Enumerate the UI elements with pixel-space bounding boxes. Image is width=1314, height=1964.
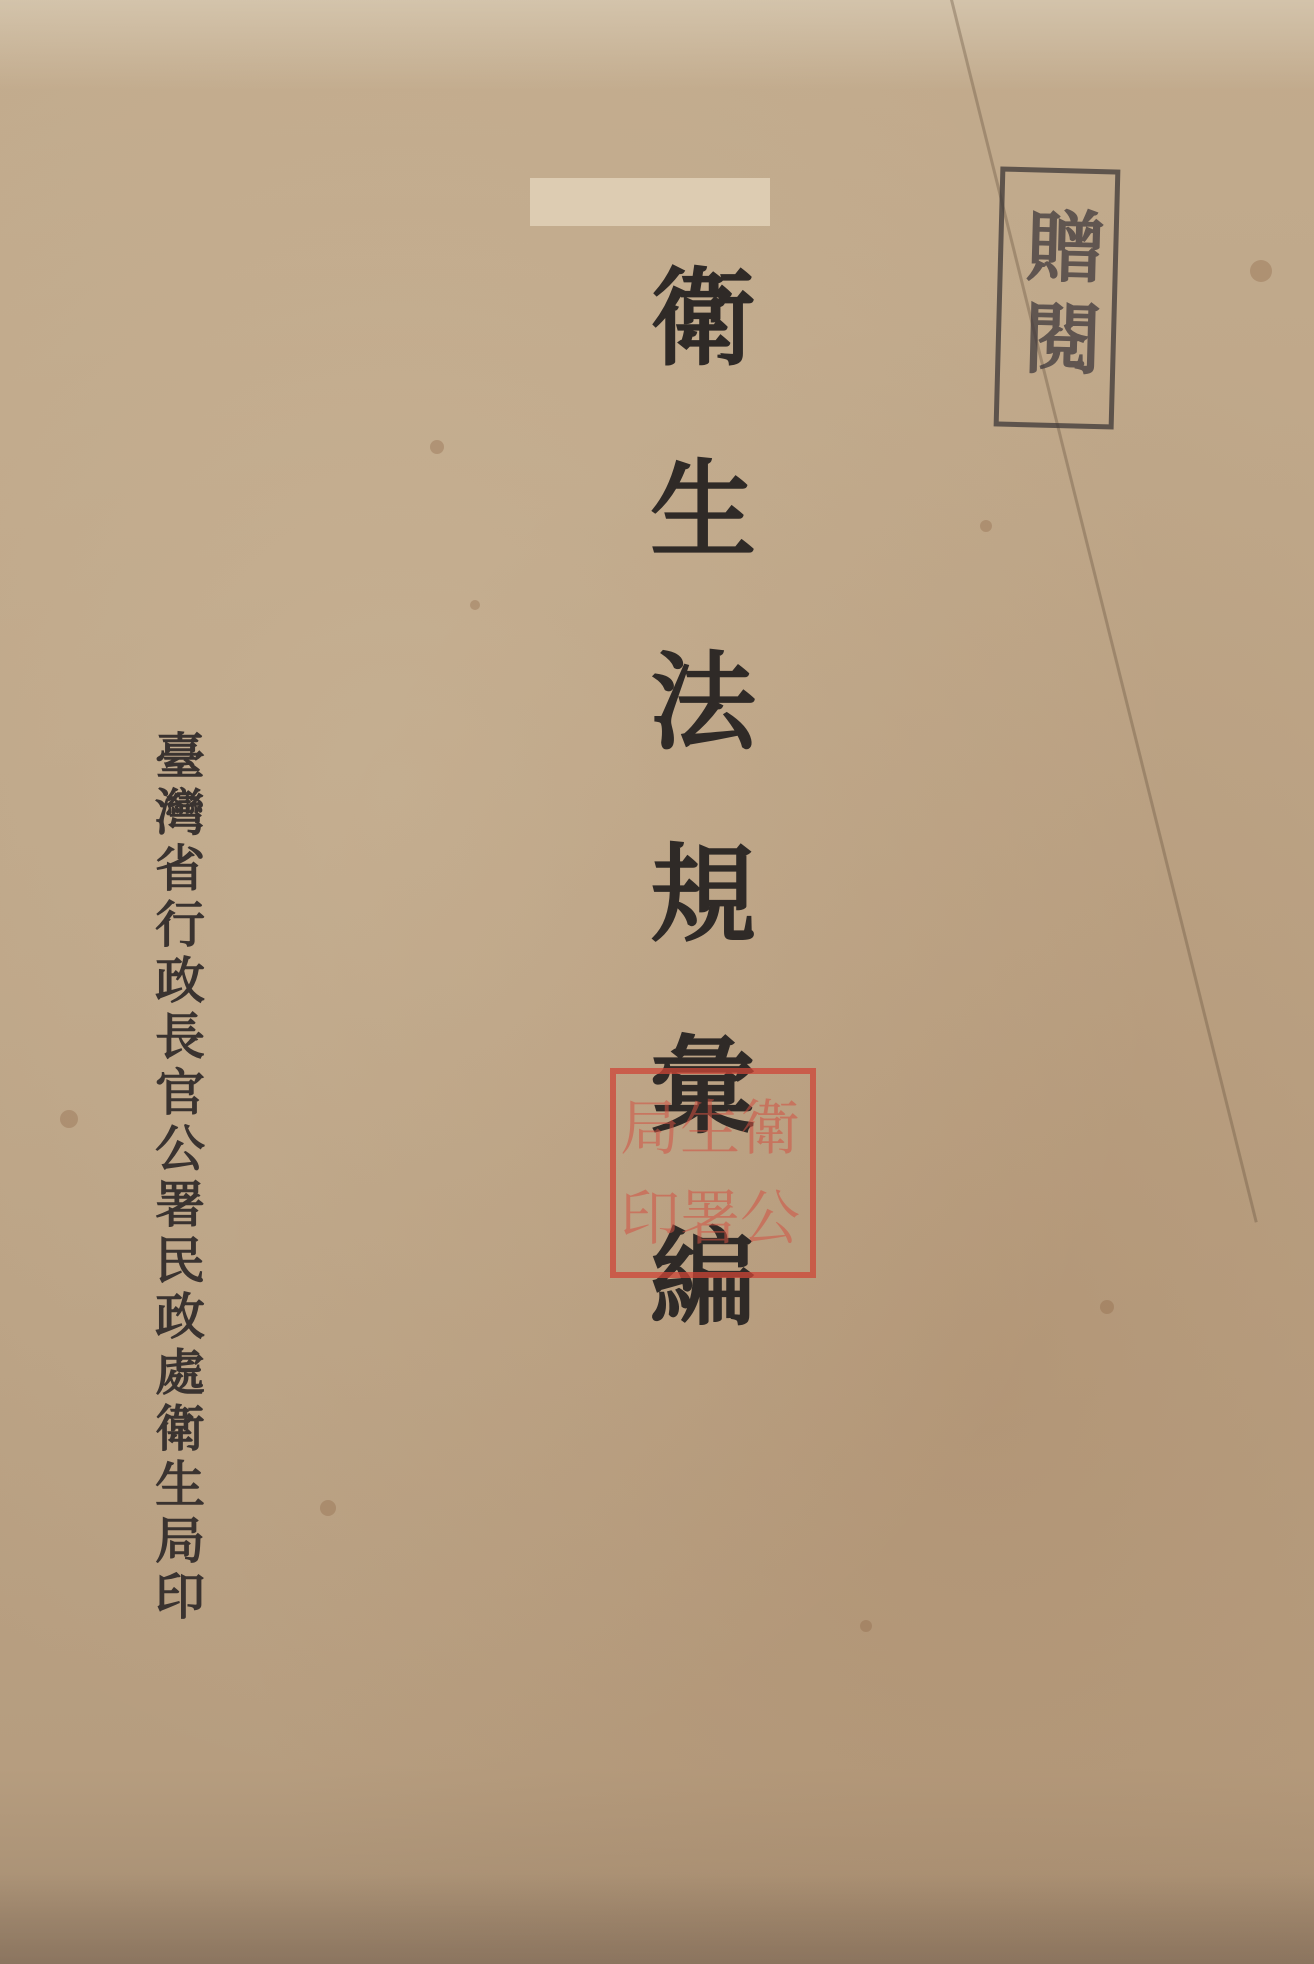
- red-seal-stamp: 衛 生 局 公 署 印: [610, 1068, 816, 1278]
- foxing-spot: [860, 1620, 872, 1632]
- complimentary-copy-stamp: 贈閱: [994, 166, 1121, 429]
- removed-label-patch: [530, 178, 770, 226]
- seal-glyph: 印: [620, 1174, 680, 1264]
- seal-glyph: 公: [740, 1174, 800, 1264]
- foxing-spot: [60, 1110, 78, 1128]
- seal-glyph: 生: [680, 1084, 740, 1174]
- worn-top-edge: [0, 0, 1314, 90]
- worn-bottom-edge: [0, 1874, 1314, 1964]
- foxing-spot: [470, 600, 480, 610]
- foxing-spot: [430, 440, 444, 454]
- seal-glyph: 衛: [740, 1084, 800, 1174]
- foxing-spot: [980, 520, 992, 532]
- foxing-spot: [1250, 260, 1272, 282]
- stamp-text: 贈閱: [1007, 205, 1108, 391]
- foxing-spot: [320, 1500, 336, 1516]
- publisher-imprint: 臺灣省行政長官公署民政處衛生局印: [146, 730, 206, 1626]
- foxing-spot: [1100, 1300, 1114, 1314]
- seal-glyph: 局: [620, 1084, 680, 1174]
- seal-glyph: 署: [680, 1174, 740, 1264]
- book-cover: 衛生法規彙編 衛 生 局 公 署 印 臺灣省行政長官公署民政處衛生局印 贈閱: [0, 0, 1314, 1964]
